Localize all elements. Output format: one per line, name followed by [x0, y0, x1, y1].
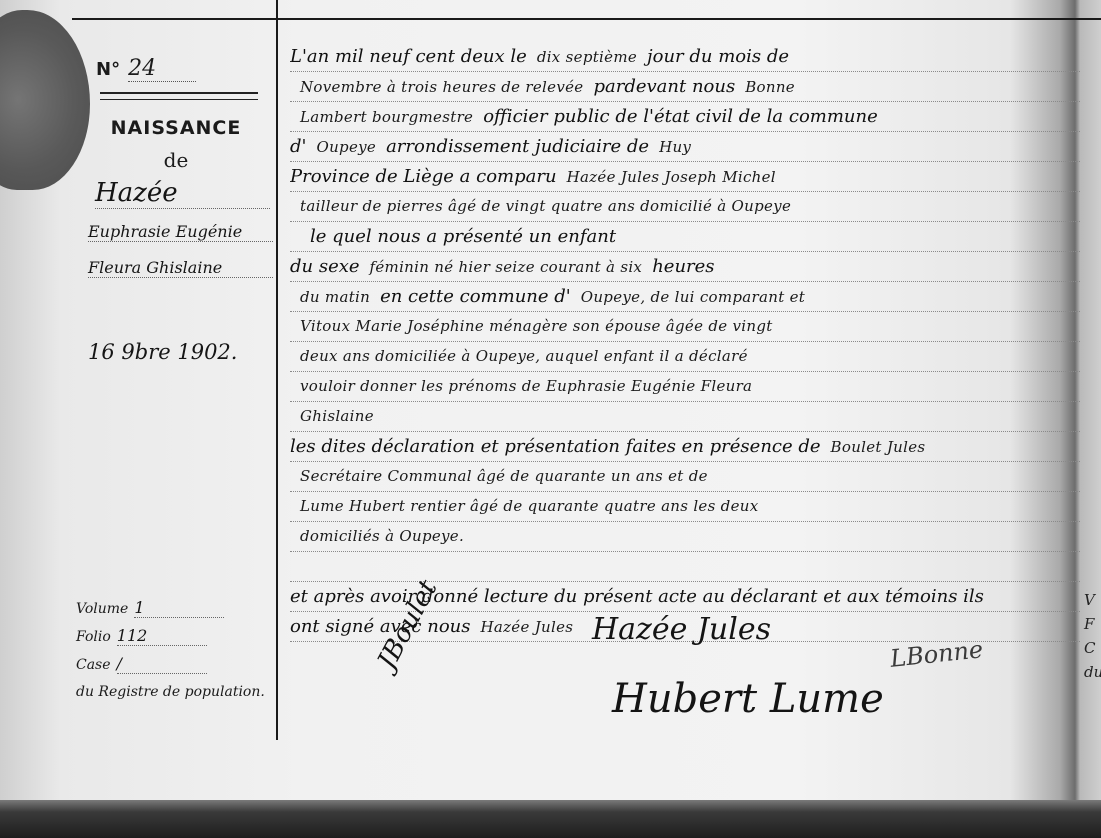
- printed-text: les dites déclaration et présentation fa…: [290, 436, 821, 457]
- handwritten-text: Novembre à trois heures de relevée: [290, 78, 593, 96]
- printed-text: officier public de l'état civil de la co…: [483, 106, 878, 127]
- printed-text: le quel nous a présenté un enfant: [310, 226, 616, 247]
- record-line: vouloir donner les prénoms de Euphrasie …: [290, 372, 1080, 402]
- record-line: Secrétaire Communal âgé de quarante un a…: [290, 462, 1080, 492]
- printed-text: heures: [652, 256, 714, 277]
- record-heading-de: de: [96, 148, 256, 172]
- printed-text: en cette commune d': [380, 286, 571, 307]
- record-line: L'an mil neuf cent deux ledix septièmejo…: [290, 42, 1080, 72]
- handwritten-text: Lambert bourgmestre: [290, 108, 483, 126]
- handwritten-text: Vitoux Marie Joséphine ménagère son épou…: [290, 317, 783, 335]
- folio-label: Folio: [76, 629, 111, 645]
- child-given-names-1: Euphrasie Eugénie: [88, 222, 273, 242]
- book-bottom-edge: [0, 800, 1101, 838]
- handwritten-text: [290, 228, 310, 246]
- printed-text: d': [290, 136, 306, 157]
- handwritten-text: tailleur de pierres âgé de vingt quatre …: [290, 197, 801, 215]
- handwritten-text: féminin né hier seize courant à six: [360, 258, 653, 276]
- record-line: [290, 552, 1080, 582]
- register-page: N°24 NAISSANCE de Hazée Euphrasie Eugéni…: [0, 0, 1101, 810]
- entry-number-value: 24: [128, 56, 196, 82]
- printed-text: du sexe: [290, 256, 360, 277]
- printed-text: jour du mois de: [647, 46, 789, 67]
- signature-witness-2: Hubert Lume: [612, 676, 884, 722]
- handwritten-text: Hazée Jules Joseph Michel: [557, 168, 786, 186]
- record-line: le quel nous a présenté un enfant: [290, 222, 1080, 252]
- record-line: domiciliés à Oupeye.: [290, 522, 1080, 552]
- handwritten-text: Oupeye, de lui comparant et: [571, 288, 815, 306]
- signature-declarant: Hazée Jules: [592, 612, 771, 647]
- handwritten-text: Bonne: [735, 78, 805, 96]
- margin-divider: [276, 0, 278, 740]
- edge-fragment: F: [1084, 612, 1101, 636]
- handwritten-text: Hazée Jules: [470, 618, 583, 636]
- handwritten-text: Oupeye: [306, 138, 386, 156]
- printed-text: ont signé avec nous: [290, 616, 470, 637]
- record-line: deux ans domiciliée à Oupeye, auquel enf…: [290, 342, 1080, 372]
- record-line: Lume Hubert rentier âgé de quarante quat…: [290, 492, 1080, 522]
- handwritten-text: Lume Hubert rentier âgé de quarante quat…: [290, 497, 768, 515]
- edge-fragment: du: [1084, 660, 1101, 684]
- child-surname: Hazée: [95, 178, 270, 209]
- record-line: du matinen cette commune d'Oupeye, de lu…: [290, 282, 1080, 312]
- record-line: tailleur de pierres âgé de vingt quatre …: [290, 192, 1080, 222]
- printed-text: L'an mil neuf cent deux le: [290, 46, 527, 67]
- case-value: /: [117, 654, 207, 674]
- register-footer: du Registre de population.: [76, 684, 265, 700]
- margin-date: 16 9bre 1902.: [88, 340, 237, 364]
- handwritten-text: Boulet Jules: [821, 438, 936, 456]
- double-rule: [100, 92, 258, 100]
- record-line: Novembre à trois heures de relevéepardev…: [290, 72, 1080, 102]
- handwritten-text: [290, 557, 310, 575]
- record-heading: NAISSANCE: [96, 117, 256, 139]
- register-volume: Volume1: [76, 598, 224, 618]
- record-body: L'an mil neuf cent deux ledix septièmejo…: [290, 42, 1080, 642]
- record-line: Province de Liège a comparuHazée Jules J…: [290, 162, 1080, 192]
- child-given-names-2: Fleura Ghislaine: [88, 258, 273, 278]
- volume-label: Volume: [76, 601, 128, 617]
- volume-value: 1: [134, 598, 224, 618]
- handwritten-text: du matin: [290, 288, 380, 306]
- handwritten-text: Secrétaire Communal âgé de quarante un a…: [290, 467, 718, 485]
- edge-fragment: C: [1084, 636, 1101, 660]
- register-folio: Folio112: [76, 626, 207, 646]
- printed-text: et après avoir donné lecture du présent …: [290, 586, 984, 607]
- edge-fragment: V: [1084, 588, 1101, 612]
- handwritten-text: deux ans domiciliée à Oupeye, auquel enf…: [290, 347, 758, 365]
- next-page-edge: VFCdu: [1084, 588, 1101, 684]
- printed-text: Province de Liège a comparu: [290, 166, 557, 187]
- entry-number-label: N°: [96, 59, 120, 80]
- record-line: du sexeféminin né hier seize courant à s…: [290, 252, 1080, 282]
- case-label: Case: [76, 657, 111, 673]
- handwritten-text: dix septième: [527, 48, 647, 66]
- folio-value: 112: [117, 626, 207, 646]
- handwritten-text: Ghislaine: [290, 407, 384, 425]
- record-line: Lambert bourgmestreofficier public de l'…: [290, 102, 1080, 132]
- handwritten-text: vouloir donner les prénoms de Euphrasie …: [290, 377, 762, 395]
- record-line: les dites déclaration et présentation fa…: [290, 432, 1080, 462]
- handwritten-text: domiciliés à Oupeye.: [290, 527, 474, 545]
- printed-text: pardevant nous: [593, 76, 735, 97]
- printed-text: arrondissement judiciaire de: [386, 136, 649, 157]
- record-line: Vitoux Marie Joséphine ménagère son épou…: [290, 312, 1080, 342]
- handwritten-text: Huy: [649, 138, 701, 156]
- record-line: Ghislaine: [290, 402, 1080, 432]
- entry-number: N°24: [96, 56, 196, 81]
- record-line: d'Oupeyearrondissement judiciaire deHuy: [290, 132, 1080, 162]
- register-case: Case/: [76, 654, 207, 674]
